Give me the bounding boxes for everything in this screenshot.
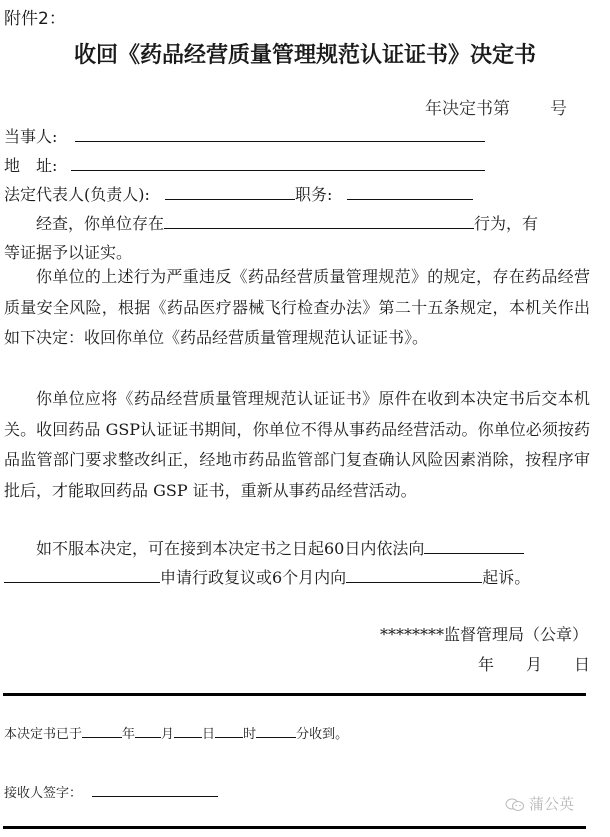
position-label: 职务: — [295, 185, 332, 204]
address-label: 地 址: — [4, 156, 57, 175]
paragraph-4-line-1: 如不服本决定，可在接到本决定书之日起60日内依法向 — [36, 536, 524, 559]
watermark: 蒲公英 — [505, 793, 574, 814]
paragraph-3: 你单位应将《药品经营质量管理规范认证证书》原件在收到本决定书后交本机关。收回药品… — [4, 384, 590, 506]
authority-seal: ********监督管理局（公章） — [380, 622, 588, 645]
legal-rep-blank[interactable] — [165, 185, 295, 200]
watermark-text: 蒲公英 — [529, 795, 574, 813]
doc-number-prefix: 年决定书第 — [425, 99, 510, 119]
p1-start: 经查，你单位存在 — [36, 214, 164, 233]
p4-mid: 申请行政复议或6个月内向 — [160, 568, 346, 587]
review-authority-blank-2[interactable] — [4, 568, 160, 583]
attachment-label: 附件2： — [4, 4, 66, 29]
court-blank[interactable] — [346, 568, 482, 583]
paragraph-1-line-2: 等证据予以证实。 — [4, 240, 132, 263]
year-label: 年 — [122, 727, 135, 742]
p1-end: 行为，有 — [474, 214, 538, 233]
party-blank[interactable] — [75, 127, 485, 142]
p4-start: 如不服本决定，可在接到本决定书之日起60日内依法向 — [36, 539, 424, 558]
hour-label: 时 — [243, 727, 256, 742]
party-field: 当事人: — [4, 124, 485, 147]
doc-number-suffix: 号 — [550, 99, 567, 119]
address-field: 地 址: — [4, 153, 485, 176]
paragraph-4-line-2: 申请行政复议或6个月内向起诉。 — [4, 565, 530, 588]
document-number: 年决定书第号 — [425, 94, 567, 119]
receipt-time-line: 本决定书已于年月日时分收到。 — [4, 723, 348, 742]
signer-label: 接收人签字： — [4, 786, 82, 801]
paragraph-2: 你单位的上述行为严重违反《药品经营质量管理规范》的规定，存在药品经营质量安全风险… — [4, 262, 590, 354]
review-authority-blank[interactable] — [424, 539, 524, 554]
p4-end: 起诉。 — [482, 568, 530, 587]
minute-blank[interactable] — [256, 726, 296, 738]
divider-bottom — [3, 826, 586, 829]
legal-rep-label: 法定代表人(负责人): — [4, 185, 150, 204]
document-title: 收回《药品经营质量管理规范认证证书》决定书 — [0, 38, 610, 69]
receipt-prefix: 本决定书已于 — [4, 727, 82, 742]
signature-date: 年 月 日 — [478, 652, 590, 675]
year-blank[interactable] — [82, 726, 122, 738]
paragraph-1-line-1: 经查，你单位存在行为，有 — [36, 211, 538, 234]
month-blank[interactable] — [135, 726, 161, 738]
legal-rep-field: 法定代表人(负责人): 职务: — [4, 182, 473, 205]
month-label: 月 — [161, 727, 174, 742]
violation-blank[interactable] — [164, 214, 474, 229]
hour-blank[interactable] — [215, 726, 243, 738]
signer-blank[interactable] — [92, 785, 218, 797]
party-label: 当事人: — [4, 127, 57, 146]
minute-suffix: 分收到。 — [296, 727, 348, 742]
position-blank[interactable] — [347, 185, 473, 200]
day-blank[interactable] — [174, 726, 202, 738]
wechat-icon — [505, 798, 525, 812]
receiver-signature-line: 接收人签字： — [4, 782, 218, 801]
day-label: 日 — [202, 727, 215, 742]
address-blank[interactable] — [71, 156, 485, 171]
divider-top — [3, 693, 586, 696]
